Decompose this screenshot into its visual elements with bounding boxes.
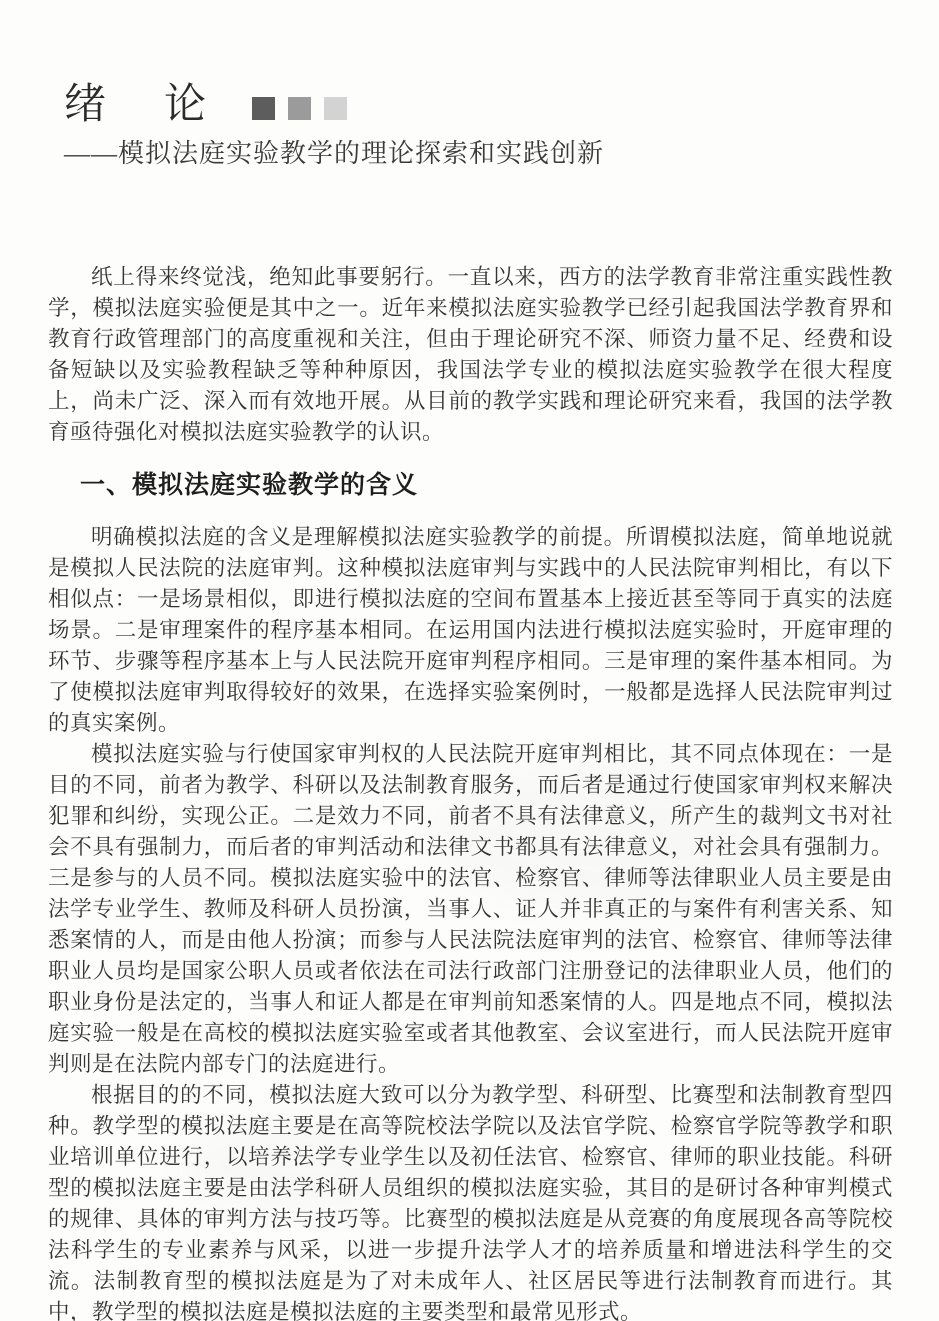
chapter-subtitle: ——模拟法庭实验教学的理论探索和实践创新 xyxy=(64,138,604,170)
section-1-paragraph: 明确模拟法庭的含义是理解模拟法庭实验教学的前提。所谓模拟法庭，简单地说就是模拟人… xyxy=(48,522,893,739)
page-body: 纸上得来终觉浅，绝知此事要躬行。一直以来，西方的法学教育非常注重实践性教学，模拟… xyxy=(48,262,893,1321)
chapter-title-char-first: 绪 xyxy=(64,82,106,128)
chapter-title-char-second: 论 xyxy=(164,82,206,128)
title-decoration xyxy=(252,97,360,120)
decoration-square-light-icon xyxy=(324,97,347,120)
section-1-heading: 一、模拟法庭实验教学的含义 xyxy=(48,469,893,501)
section-1-paragraph: 根据目的的不同，模拟法庭大致可以分为教学型、科研型、比赛型和法制教育型四种。教学… xyxy=(48,1080,893,1321)
chapter-header: 绪 论 ——模拟法庭实验教学的理论探索和实践创新 xyxy=(64,82,604,170)
decoration-square-medium-icon xyxy=(288,97,311,120)
book-page: 绪 论 ——模拟法庭实验教学的理论探索和实践创新 纸上得来终觉浅，绝知此事要躬行… xyxy=(0,0,939,1321)
intro-paragraph: 纸上得来终觉浅，绝知此事要躬行。一直以来，西方的法学教育非常注重实践性教学，模拟… xyxy=(48,262,893,448)
decoration-square-dark-icon xyxy=(252,97,275,120)
section-1-paragraph: 模拟法庭实验与行使国家审判权的人民法院开庭审判相比，其不同点体现在：一是目的不同… xyxy=(48,739,893,1080)
chapter-title: 绪 论 xyxy=(64,82,206,128)
